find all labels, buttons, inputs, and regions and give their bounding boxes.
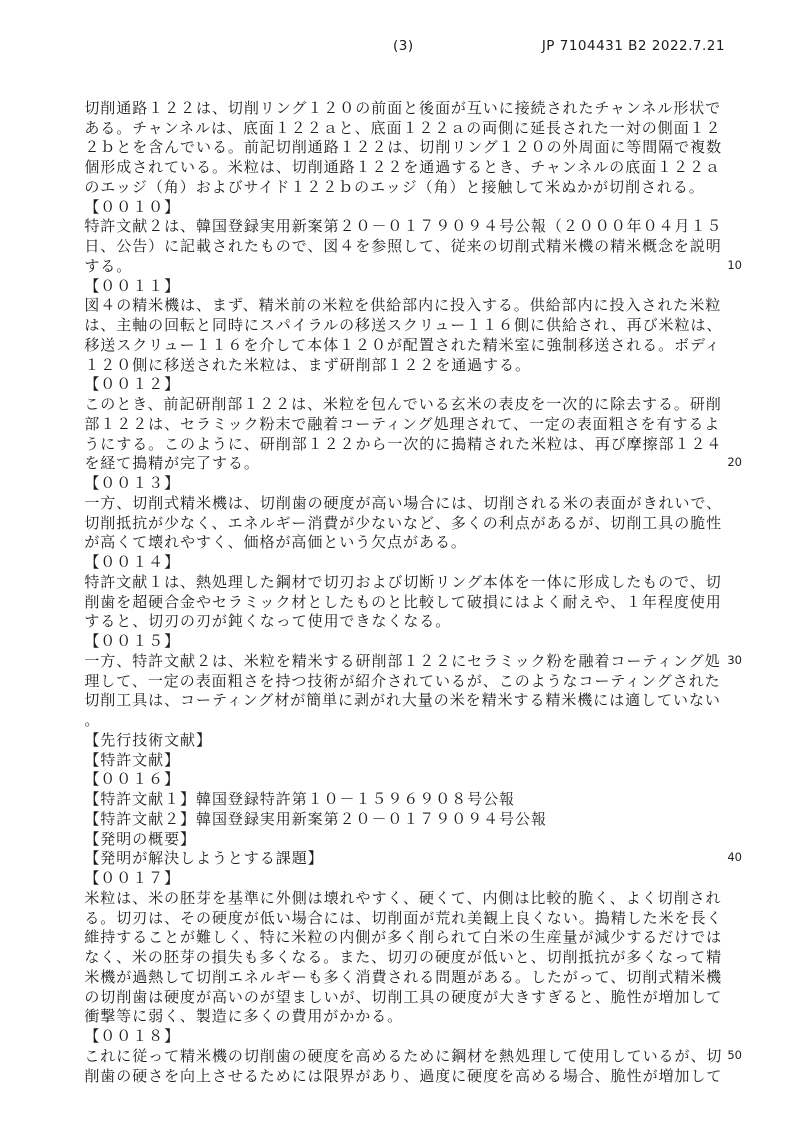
text-line: 一方、切削式精米機は、切削歯の硬度が高い場合には、切削される米の表面がきれいで、 xyxy=(64,473,764,493)
text-line: 【発明が解決しようとする課題】 xyxy=(64,829,764,849)
text-line: 衝撃等に弱く、製造に多くの費用がかかる。 xyxy=(64,987,764,1007)
publication-number: JP 7104431 B2 2022.7.21 xyxy=(542,38,725,54)
text-line: が高くて壊れやすく、価格が高価という欠点がある。 xyxy=(64,513,764,533)
text-line: 【００１３】 20 xyxy=(64,453,764,473)
text-line: 理して、一定の表面粗さを持つ技術が紹介されているが、このようなコーティングされた… xyxy=(64,651,764,671)
text-line: 維持することが難しく、特に米粒の内側が多く削られて白米の生産量が減少するだけでは xyxy=(64,908,764,928)
page-header: (3) JP 7104431 B2 2022.7.21 xyxy=(0,38,800,58)
text-line: 移送スクリュー１１６を介して本体１２０が配置された精米室に強制移送される。ボディ xyxy=(64,315,764,335)
text-line: うにする。このように、研削部１２２から一次的に搗精された米粒は、再び摩擦部１２４ xyxy=(64,414,764,434)
text-line: これに従って精米機の切削歯の硬度を高めるために鋼材を熱処理して使用しているが、切 xyxy=(64,1026,764,1046)
document-body: 切削通路１２２は、切削リング１２０の前面と後面が互いに接続されたチャンネル形状で… xyxy=(64,78,764,1066)
line-number: 10 xyxy=(727,256,742,276)
line-text: 削歯の硬さを向上させるためには限界があり、過度に硬度を高める場合、脆性が増加して xyxy=(84,1067,722,1085)
text-line: 一方、特許文献２は、米粒を精米する研削部１２２にセラミック粉を融着コーティング処 xyxy=(64,631,764,651)
text-line: すると、切刃の刃が鈍くなって使用できなくなる。 xyxy=(64,592,764,612)
text-line: 【先行技術文献】 xyxy=(64,710,764,730)
text-line: 切削工具は、コーティング材が簡単に剥がれ大量の米を精米する精米機には適していない xyxy=(64,671,764,691)
text-line: のエッジ（角）およびサイド１２２ｂのエッジ（角）と接触して米ぬかが切削される。 xyxy=(64,157,764,177)
text-line: １２０側に移送された米粒は、まず研削部１２２を通過する。 xyxy=(64,335,764,355)
page-number: (3) xyxy=(393,38,414,54)
text-line: 【００１８】 xyxy=(64,1006,764,1026)
text-line: 削歯を超硬合金やセラミック材としたものと比較して破損にはよく耐えや、１年程度使用 xyxy=(64,572,764,592)
text-line: 【特許文献１】韓国登録特許第１０－１５９６９０８号公報 xyxy=(64,769,764,789)
text-line: このとき、前記研削部１２２は、米粒を包んでいる玄米の表皮を一次的に除去する。研削 xyxy=(64,374,764,394)
text-line: ある。チャンネルは、底面１２２ａと、底面１２２ａの両側に延長された一対の側面１２ xyxy=(64,98,764,118)
text-line: 切削抵抗が少なく、エネルギー消費が少ないなど、多くの利点があるが、切削工具の脆性 xyxy=(64,493,764,513)
text-line: 【００１２】 xyxy=(64,355,764,375)
text-line: 特許文献２は、韓国登録実用新案第２０－０１７９０９４号公報（２０００年０４月１５ xyxy=(64,197,764,217)
text-line: 【００１０】 xyxy=(64,177,764,197)
text-line: は、主軸の回転と同時にスパイラルの移送スクリュー１１６側に供給され、再び米粒は、 xyxy=(64,295,764,315)
text-line: 日、公告）に記載されたもので、図４を参照して、従来の切削式精米機の精米概念を説明 xyxy=(64,216,764,236)
text-line: の切削歯は硬度が高いのが望ましいが、切削工具の硬度が大きすぎると、脆性が増加して xyxy=(64,967,764,987)
text-line: 図４の精米機は、まず、精米前の米粒を供給部内に投入する。供給部内に投入された米粒 xyxy=(64,276,764,296)
text-line: 【発明の概要】 xyxy=(64,809,764,829)
text-line: 【特許文献２】韓国登録実用新案第２０－０１７９０９４号公報 xyxy=(64,789,764,809)
text-line: 【００１７】 40 xyxy=(64,848,764,868)
text-line: なく、米の胚芽の損失も多くなる。また、切刃の硬度が低いと、切削抵抗が多くなって精 xyxy=(64,927,764,947)
text-line: 切削通路１２２は、切削リング１２０の前面と後面が互いに接続されたチャンネル形状で xyxy=(64,78,764,98)
text-line: 米粒は、米の胚芽を基準に外側は壊れやすく、硬くて、内側は比較的脆く、よく切削され xyxy=(64,868,764,888)
text-line: 部１２２は、セラミック粉末で融着コーティング処理されて、一定の表面粗さを有するよ xyxy=(64,394,764,414)
text-line: 【００１６】 xyxy=(64,750,764,770)
line-number: 30 xyxy=(727,651,742,671)
text-line: ２ｂとを含んでいる。前記切削通路１２２は、切削リング１２０の外周面に等間隔で複数 xyxy=(64,118,764,138)
text-line: 個形成されている。米粒は、切削通路１２２を通過するとき、チャンネルの底面１２２ａ xyxy=(64,137,764,157)
text-line: する。 xyxy=(64,236,764,256)
text-line: 特許文献１は、熱処理した鋼材で切刃および切断リング本体を一体に形成したもので、切 xyxy=(64,552,764,572)
text-line: 削歯の硬さを向上させるためには限界があり、過度に硬度を高める場合、脆性が増加して… xyxy=(64,1046,764,1066)
line-number: 40 xyxy=(727,848,742,868)
text-line: る。切刃は、その硬度が低い場合には、切削面が荒れ美観上良くない。搗精した米を長く xyxy=(64,888,764,908)
text-line: 。 xyxy=(64,690,764,710)
line-number: 20 xyxy=(727,453,742,473)
text-line: 【００１５】 xyxy=(64,611,764,631)
text-line: 米機が過熱して切削エネルギーも多く消費される問題がある。したがって、切削式精米機 xyxy=(64,947,764,967)
text-line: を経て搗精が完了する。 xyxy=(64,434,764,454)
text-line: 【特許文献】 xyxy=(64,730,764,750)
text-line: 【００１１】 10 xyxy=(64,256,764,276)
patent-page: (3) JP 7104431 B2 2022.7.21 切削通路１２２は、切削リ… xyxy=(0,0,800,1133)
text-line: 【００１４】 xyxy=(64,532,764,552)
line-number: 50 xyxy=(727,1046,742,1066)
